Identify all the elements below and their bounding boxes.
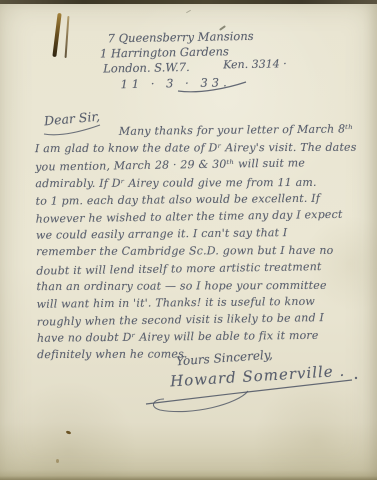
address-line-2: 1 Harrington Gardens <box>100 44 229 60</box>
ink-speck <box>66 430 72 435</box>
signature-end-dot <box>355 377 357 379</box>
signature-tail-flourish <box>153 391 248 412</box>
letter-body: Many thanks for your letter of March 8ᵗʰ… <box>35 120 368 364</box>
telephone-number: Ken. 3314 · <box>223 57 287 71</box>
scan-bottom-edge <box>0 476 377 480</box>
address-line-1: 7 Queensberry Mansions <box>108 29 254 46</box>
letter-line: you mention, March 28 · 29 & 30ᵗʰ will s… <box>35 154 365 176</box>
letter-line: Many thanks for your letter of March 8ᵗʰ <box>35 120 365 141</box>
scanned-letter-page: 7 Queensberry Mansions 1 Harrington Gard… <box>0 0 377 480</box>
ink-speck-faint <box>56 459 59 463</box>
letter-date: 11 · 3 · 33. <box>120 75 230 91</box>
letter-header-block: 7 Queensberry Mansions 1 Harrington Gard… <box>0 0 377 113</box>
address-line-3: London. S.W.7. <box>103 60 190 76</box>
